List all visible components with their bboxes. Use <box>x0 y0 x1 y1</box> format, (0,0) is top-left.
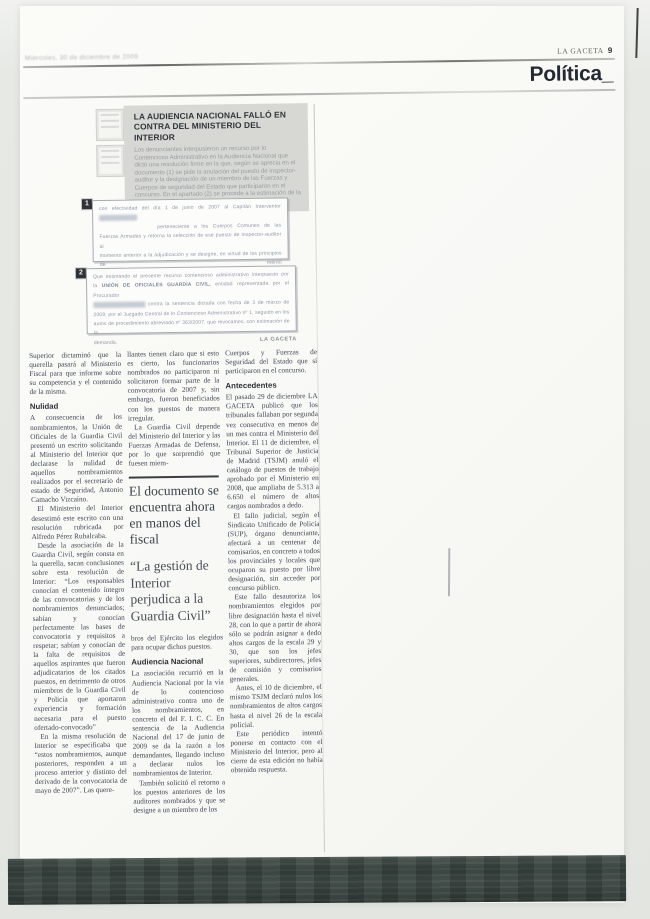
article-column-2: llantes tienen claro que si esto es cier… <box>127 348 225 814</box>
excerpt-text: con efectividad del día 1 de junio de 20… <box>99 204 281 213</box>
article-paragraph: La asociación recurrió en la Audiencia N… <box>131 668 225 778</box>
article-paragraph: El fallo judicial, según el Sindicato Un… <box>227 510 320 593</box>
photo-credit: LA GACETA <box>205 336 297 343</box>
article-paragraph: llantes tienen claro que si esto es cier… <box>127 348 220 422</box>
excerpt-text: la <box>93 283 102 289</box>
article-paragraph: bros del Ejército los elegidos para ocup… <box>131 633 223 652</box>
page-number: 9 <box>608 46 613 55</box>
article-paragraph: Este fallo desautoriza los nombramientos… <box>228 591 321 683</box>
scan-dark-bar <box>8 855 626 905</box>
excerpt-text: UNIÓN DE OFICIALES GUARDIA CIVIL, <box>102 282 211 290</box>
blank-space <box>99 227 157 229</box>
excerpt-text: Que estimando el presente recurso conten… <box>93 271 289 280</box>
excerpt-text: autos de procedimiento abreviado nº 363/… <box>94 318 290 336</box>
section-rule <box>23 89 615 99</box>
excerpt-line: Fuerzas Armadas y retorna la selección d… <box>99 231 281 252</box>
feature-headline: LA AUDIENCIA NACIONAL FALLÓ EN CONTRA DE… <box>134 109 300 143</box>
page-content: Miércoles, 30 de diciembre de 2009 LA GA… <box>0 0 650 919</box>
court-document-excerpt-2: Que estimando el presente recurso conten… <box>86 265 297 334</box>
scanned-newspaper-screenshot: Miércoles, 30 de diciembre de 2009 LA GA… <box>0 0 650 919</box>
article-paragraph: Cuerpos y Fuerzas de Seguridad del Estad… <box>225 347 317 376</box>
article-subheading: Audiencia Nacional <box>131 657 223 667</box>
redacted-text <box>93 301 145 308</box>
article-paragraph: La Guardia Civil depende del Ministerio … <box>128 421 221 468</box>
article-paragraph: Desde la asociación de la Guardia Civil,… <box>32 540 127 732</box>
scan-scratch-artifact <box>448 548 450 596</box>
excerpt-1-badge: 1 <box>82 199 92 209</box>
edition-date: Miércoles, 30 de diciembre de 2009 <box>25 53 195 62</box>
article-column-1: Superior dictaminó que la querella pasar… <box>29 350 127 816</box>
excerpt-text: Fuerzas Armadas y retorna la selección d… <box>99 232 281 250</box>
article-paragraph: Este periódico intentó ponerse en contac… <box>230 728 323 775</box>
pull-heading: El documento se encuentra ahora en manos… <box>129 476 220 548</box>
excerpt-line: con efectividad del día 1 de junio de 20… <box>99 203 281 224</box>
article-paragraph: El Ministerio del Interior desestimó est… <box>31 503 123 541</box>
redacted-text <box>99 215 137 222</box>
article-columns: Superior dictaminó que la querella pasar… <box>29 347 323 816</box>
pull-quote: “La gestión de Interior perjudica a la G… <box>130 558 221 625</box>
article-paragraph: A consecuencia de los nombramientos, la … <box>30 412 123 504</box>
paper-name: LA GACETA <box>557 46 604 56</box>
article-paragraph: También solicitó el retorno a los puesto… <box>133 777 225 815</box>
excerpt-text: 2009, por el Juzgado Central de lo Conte… <box>93 309 289 318</box>
article-subheading: Nulidad <box>30 401 122 411</box>
article-paragraph: Antes, el 10 de diciembre, el mismo TSJM… <box>230 682 323 729</box>
section-title: Política_ <box>355 62 613 90</box>
excerpt-text: demanda. <box>94 340 118 346</box>
document-thumbnail-2 <box>96 145 124 177</box>
document-thumbnail-1 <box>96 109 124 141</box>
article-paragraph: Superior dictaminó que la querella pasar… <box>29 350 122 397</box>
article-column-3: Cuerpos y Fuerzas de Seguridad del Estad… <box>225 347 323 813</box>
article-subheading: Antecedentes <box>225 380 317 390</box>
excerpt-text: perteneciente a los Cuerpos Comunes de l… <box>157 222 281 230</box>
excerpt-text: contra la sentencia dictada con fecha de… <box>145 300 289 308</box>
article-paragraph: En la misma resolución de Interior se es… <box>34 730 127 795</box>
excerpt-2-badge: 2 <box>76 268 86 278</box>
court-document-excerpt-1: con efectividad del día 1 de junio de 20… <box>92 197 289 262</box>
paper-name-and-page: LA GACETA9 <box>495 46 613 57</box>
article-paragraph: El pasado 29 de diciembre LA GACETA publ… <box>226 391 320 510</box>
